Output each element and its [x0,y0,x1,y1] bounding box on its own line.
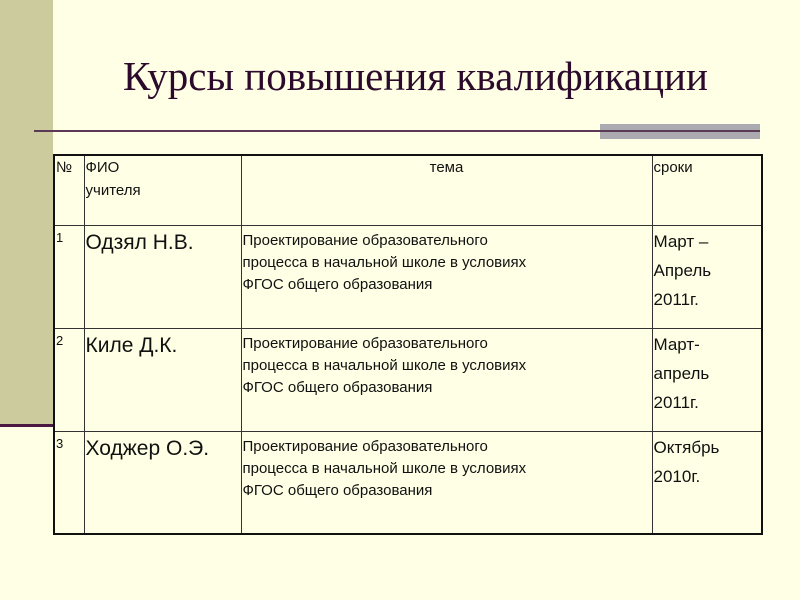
decorative-left-line [0,424,53,427]
slide-title: Курсы повышения квалификации [0,50,800,102]
dates-line: Октябрь [654,433,761,462]
header-fio-line1: ФИО [86,156,240,179]
header-dates: сроки [652,155,762,225]
course-topic: Проектирование образовательногопроцесса … [241,431,652,534]
topic-line: Проектирование образовательного [243,333,651,355]
table-row: 3Ходжер О.Э.Проектирование образовательн… [54,431,762,534]
table-row: 2Киле Д.К.Проектирование образовательног… [54,328,762,431]
row-number: 2 [54,328,84,431]
course-dates: Октябрь2010г. [652,431,762,534]
course-dates: Март –Апрель2011г. [652,225,762,328]
teacher-name: Киле Д.К. [84,328,241,431]
topic-line: Проектирование образовательного [243,230,651,252]
course-topic: Проектирование образовательногопроцесса … [241,225,652,328]
dates-line: 2011г. [654,388,761,417]
dates-line: 2010г. [654,462,761,491]
dates-line: Март – [654,227,761,256]
dates-line: Апрель [654,256,761,285]
teacher-name: Ходжер О.Э. [84,431,241,534]
decorative-rule-overlay [600,130,760,132]
header-number: № [54,155,84,225]
topic-line: процесса в начальной школе в условиях [243,355,651,377]
dates-line: апрель [654,359,761,388]
topic-line: ФГОС общего образования [243,274,651,296]
topic-line: ФГОС общего образования [243,480,651,502]
topic-line: Проектирование образовательного [243,436,651,458]
topic-line: процесса в начальной школе в условиях [243,252,651,274]
topic-line: ФГОС общего образования [243,377,651,399]
header-fio: ФИО учителя [84,155,241,225]
row-number: 3 [54,431,84,534]
course-topic: Проектирование образовательногопроцесса … [241,328,652,431]
header-topic: тема [241,155,652,225]
table-header-row: № ФИО учителя тема сроки [54,155,762,225]
header-fio-line2: учителя [86,179,240,202]
table-row: 1Одзял Н.В.Проектирование образовательно… [54,225,762,328]
dates-line: 2011г. [654,285,761,314]
topic-line: процесса в начальной школе в условиях [243,458,651,480]
course-dates: Март-апрель2011г. [652,328,762,431]
courses-table: № ФИО учителя тема сроки 1Одзял Н.В.Прое… [53,154,763,535]
teacher-name: Одзял Н.В. [84,225,241,328]
dates-line: Март- [654,330,761,359]
row-number: 1 [54,225,84,328]
